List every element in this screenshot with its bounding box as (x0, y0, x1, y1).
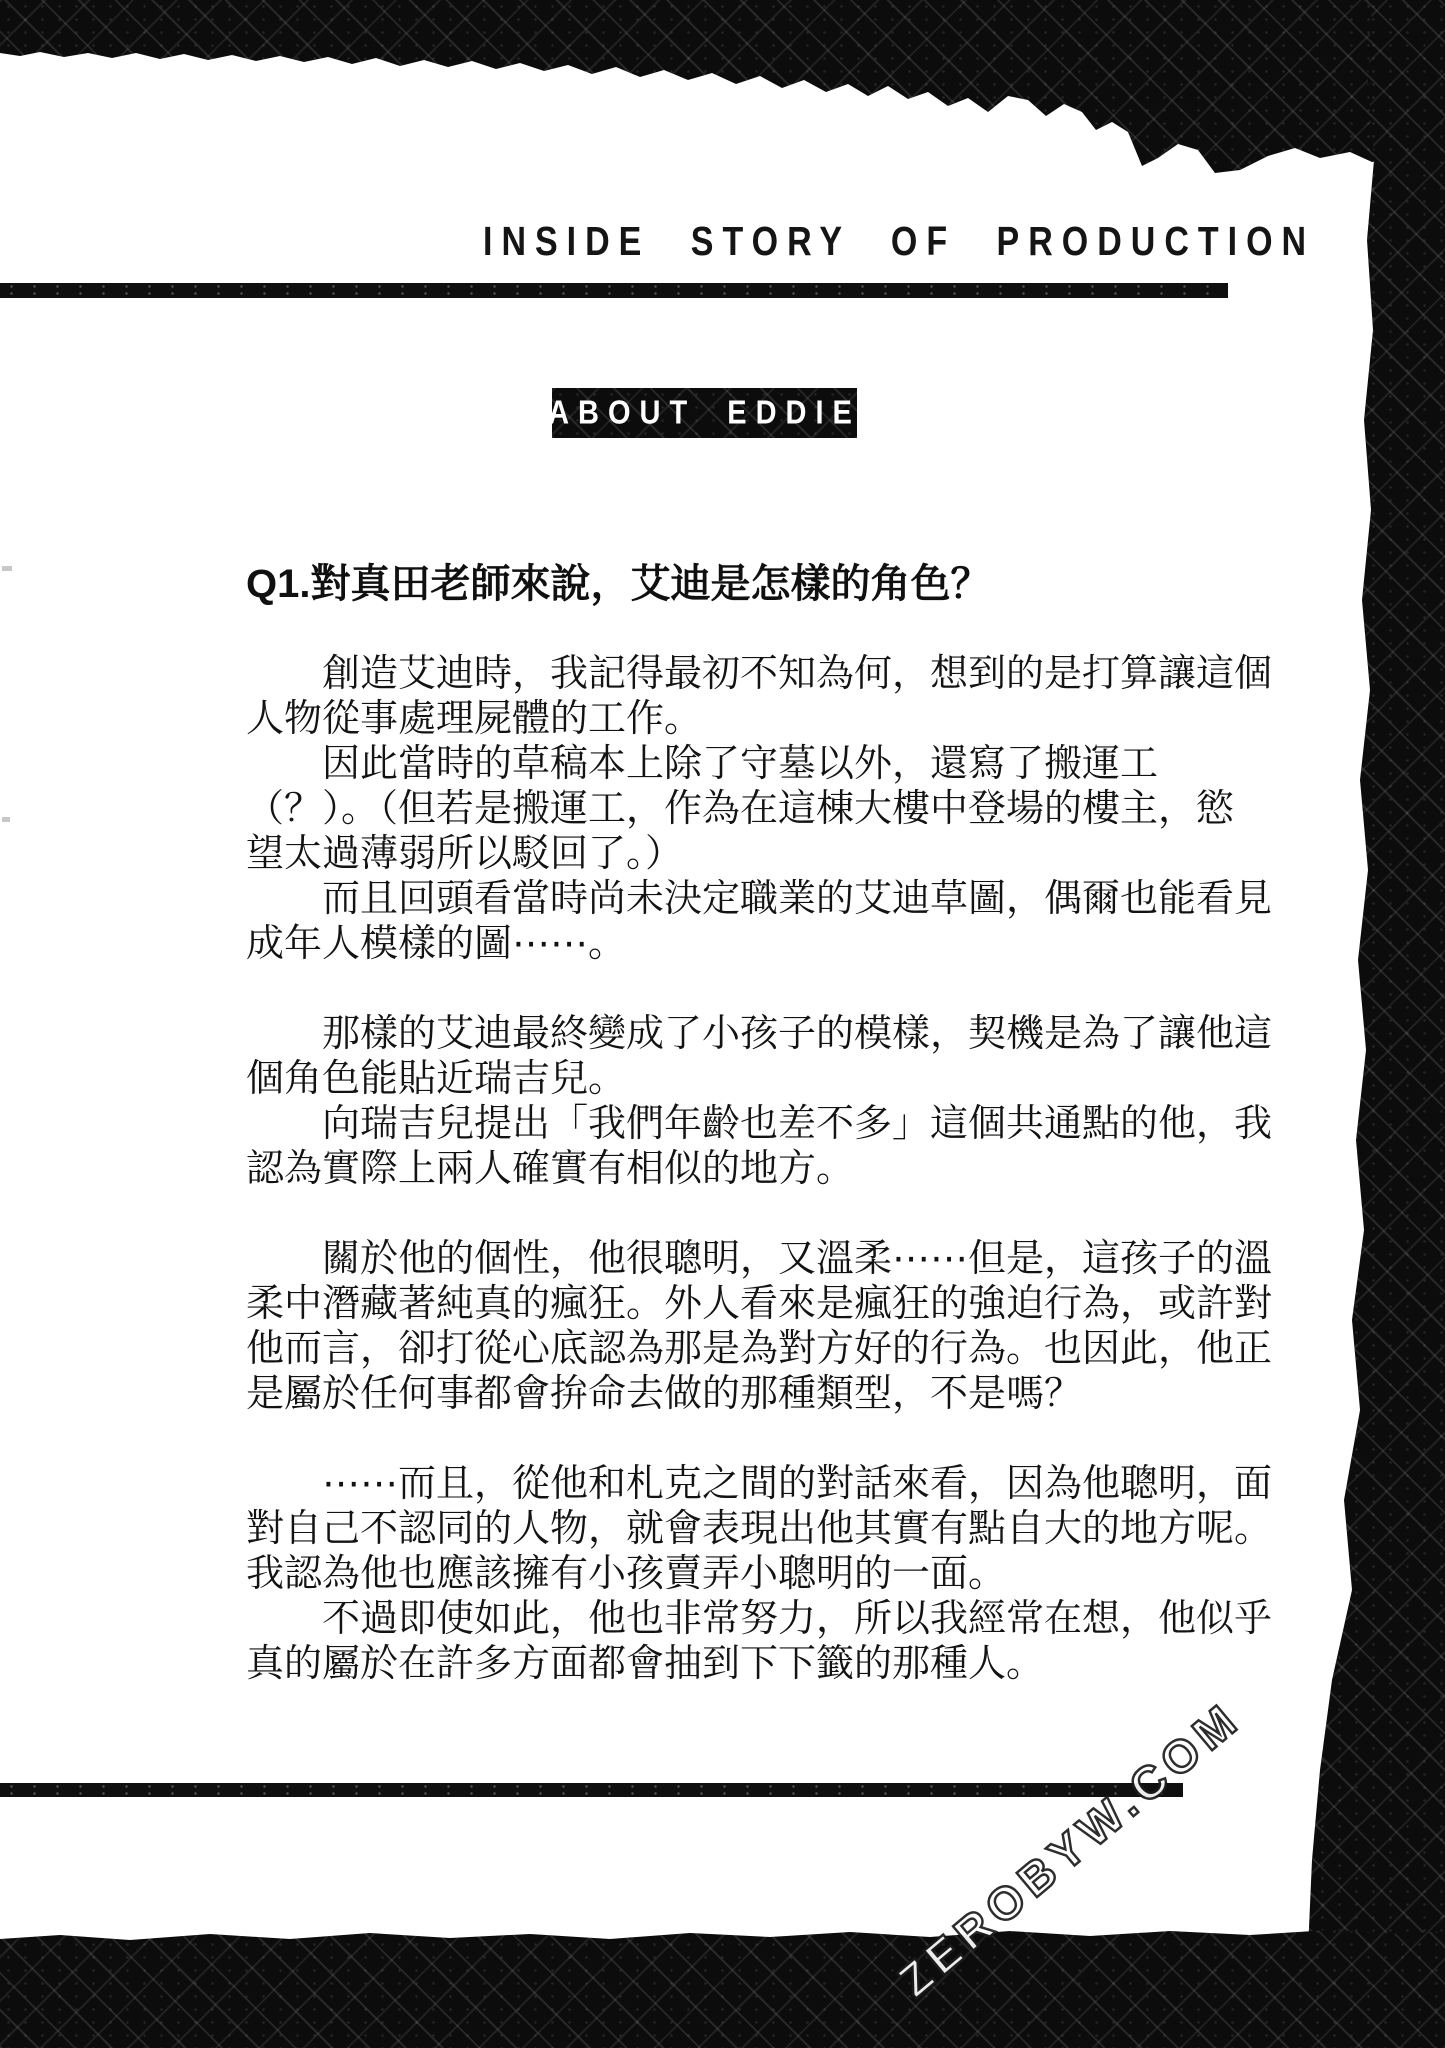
text-line: 他而言，卻打從心底認為那是為對方好的行為。也因此，他正 (246, 1327, 1256, 1372)
page-title: INSIDE STORY OF PRODUCTION (483, 214, 1243, 269)
torn-paper-right-border (1280, 0, 1445, 2048)
text-line: 不過即使如此，他也非常努力，所以我經常在想，他似乎 (246, 1597, 1256, 1642)
text-line: 個角色能貼近瑞吉兒。 (246, 1057, 1256, 1102)
paragraph: ⋯⋯而且，從他和札克之間的對話來看，因為他聰明，面對自己不認同的人物，就會表現出… (246, 1462, 1256, 1687)
text-line: 因此當時的草稿本上除了守墓以外，還寫了搬運工 (246, 742, 1256, 787)
paragraph: 那樣的艾迪最終變成了小孩子的模樣，契機是為了讓他這個角色能貼近瑞吉兒。 向瑞吉兒… (246, 1012, 1256, 1192)
text-line: 而且回頭看當時尚未決定職業的艾迪草圖，偶爾也能看見 (246, 877, 1256, 922)
answer-text: 創造艾迪時，我記得最初不知為何，想到的是打算讓這個人物從事處理屍體的工作。 因此… (246, 652, 1256, 1687)
torn-paper-top-border (0, 0, 1445, 180)
question-heading: Q1.對真田老師來說，艾迪是怎樣的角色？ (246, 560, 1256, 608)
text-line: 向瑞吉兒提出「我們年齡也差不多」這個共通點的他，我 (246, 1102, 1256, 1147)
text-line: 成年人模樣的圖⋯⋯。 (246, 922, 1256, 967)
text-line: 真的屬於在許多方面都會抽到下下籤的那種人。 (246, 1642, 1256, 1687)
text-line: 柔中潛藏著純真的瘋狂。外人看來是瘋狂的強迫行為，或許對 (246, 1282, 1256, 1327)
text-line: 對自己不認同的人物，就會表現出他其實有點自大的地方呢。 (246, 1507, 1256, 1552)
text-line: 望太過薄弱所以駁回了。） (246, 832, 1256, 877)
text-line: 那樣的艾迪最終變成了小孩子的模樣，契機是為了讓他這 (246, 1012, 1256, 1057)
section-badge-label: ABOUT EDDIE (548, 394, 861, 432)
text-line: 我認為他也應該擁有小孩賣弄小聰明的一面。 (246, 1552, 1256, 1597)
text-line: 是屬於任何事都會拚命去做的那種類型，不是嗎？ (246, 1372, 1256, 1417)
text-line: 認為實際上兩人確實有相似的地方。 (246, 1147, 1256, 1192)
footer-divider-rule (0, 1783, 1183, 1797)
text-line: 關於他的個性，他很聰明，又溫柔⋯⋯但是，這孩子的溫 (246, 1237, 1256, 1282)
text-line: ⋯⋯而且，從他和札克之間的對話來看，因為他聰明，面 (246, 1462, 1256, 1507)
scan-artifact (2, 817, 10, 822)
scanned-book-page: { "page": { "title": "INSIDE STORY OF PR… (0, 0, 1445, 2048)
text-line: 創造艾迪時，我記得最初不知為何，想到的是打算讓這個 (246, 652, 1256, 697)
scan-artifact (2, 566, 12, 571)
torn-paper-bottom-border (0, 1925, 1445, 2048)
section-badge: ABOUT EDDIE (552, 388, 857, 438)
paragraph: 創造艾迪時，我記得最初不知為何，想到的是打算讓這個人物從事處理屍體的工作。 因此… (246, 652, 1256, 967)
text-line: （？）。（但若是搬運工，作為在這棟大樓中登場的樓主，慾 (246, 787, 1256, 832)
paragraph: 關於他的個性，他很聰明，又溫柔⋯⋯但是，這孩子的溫柔中潛藏著純真的瘋狂。外人看來… (246, 1237, 1256, 1417)
header-divider-rule (0, 283, 1228, 298)
text-line: 人物從事處理屍體的工作。 (246, 697, 1256, 742)
